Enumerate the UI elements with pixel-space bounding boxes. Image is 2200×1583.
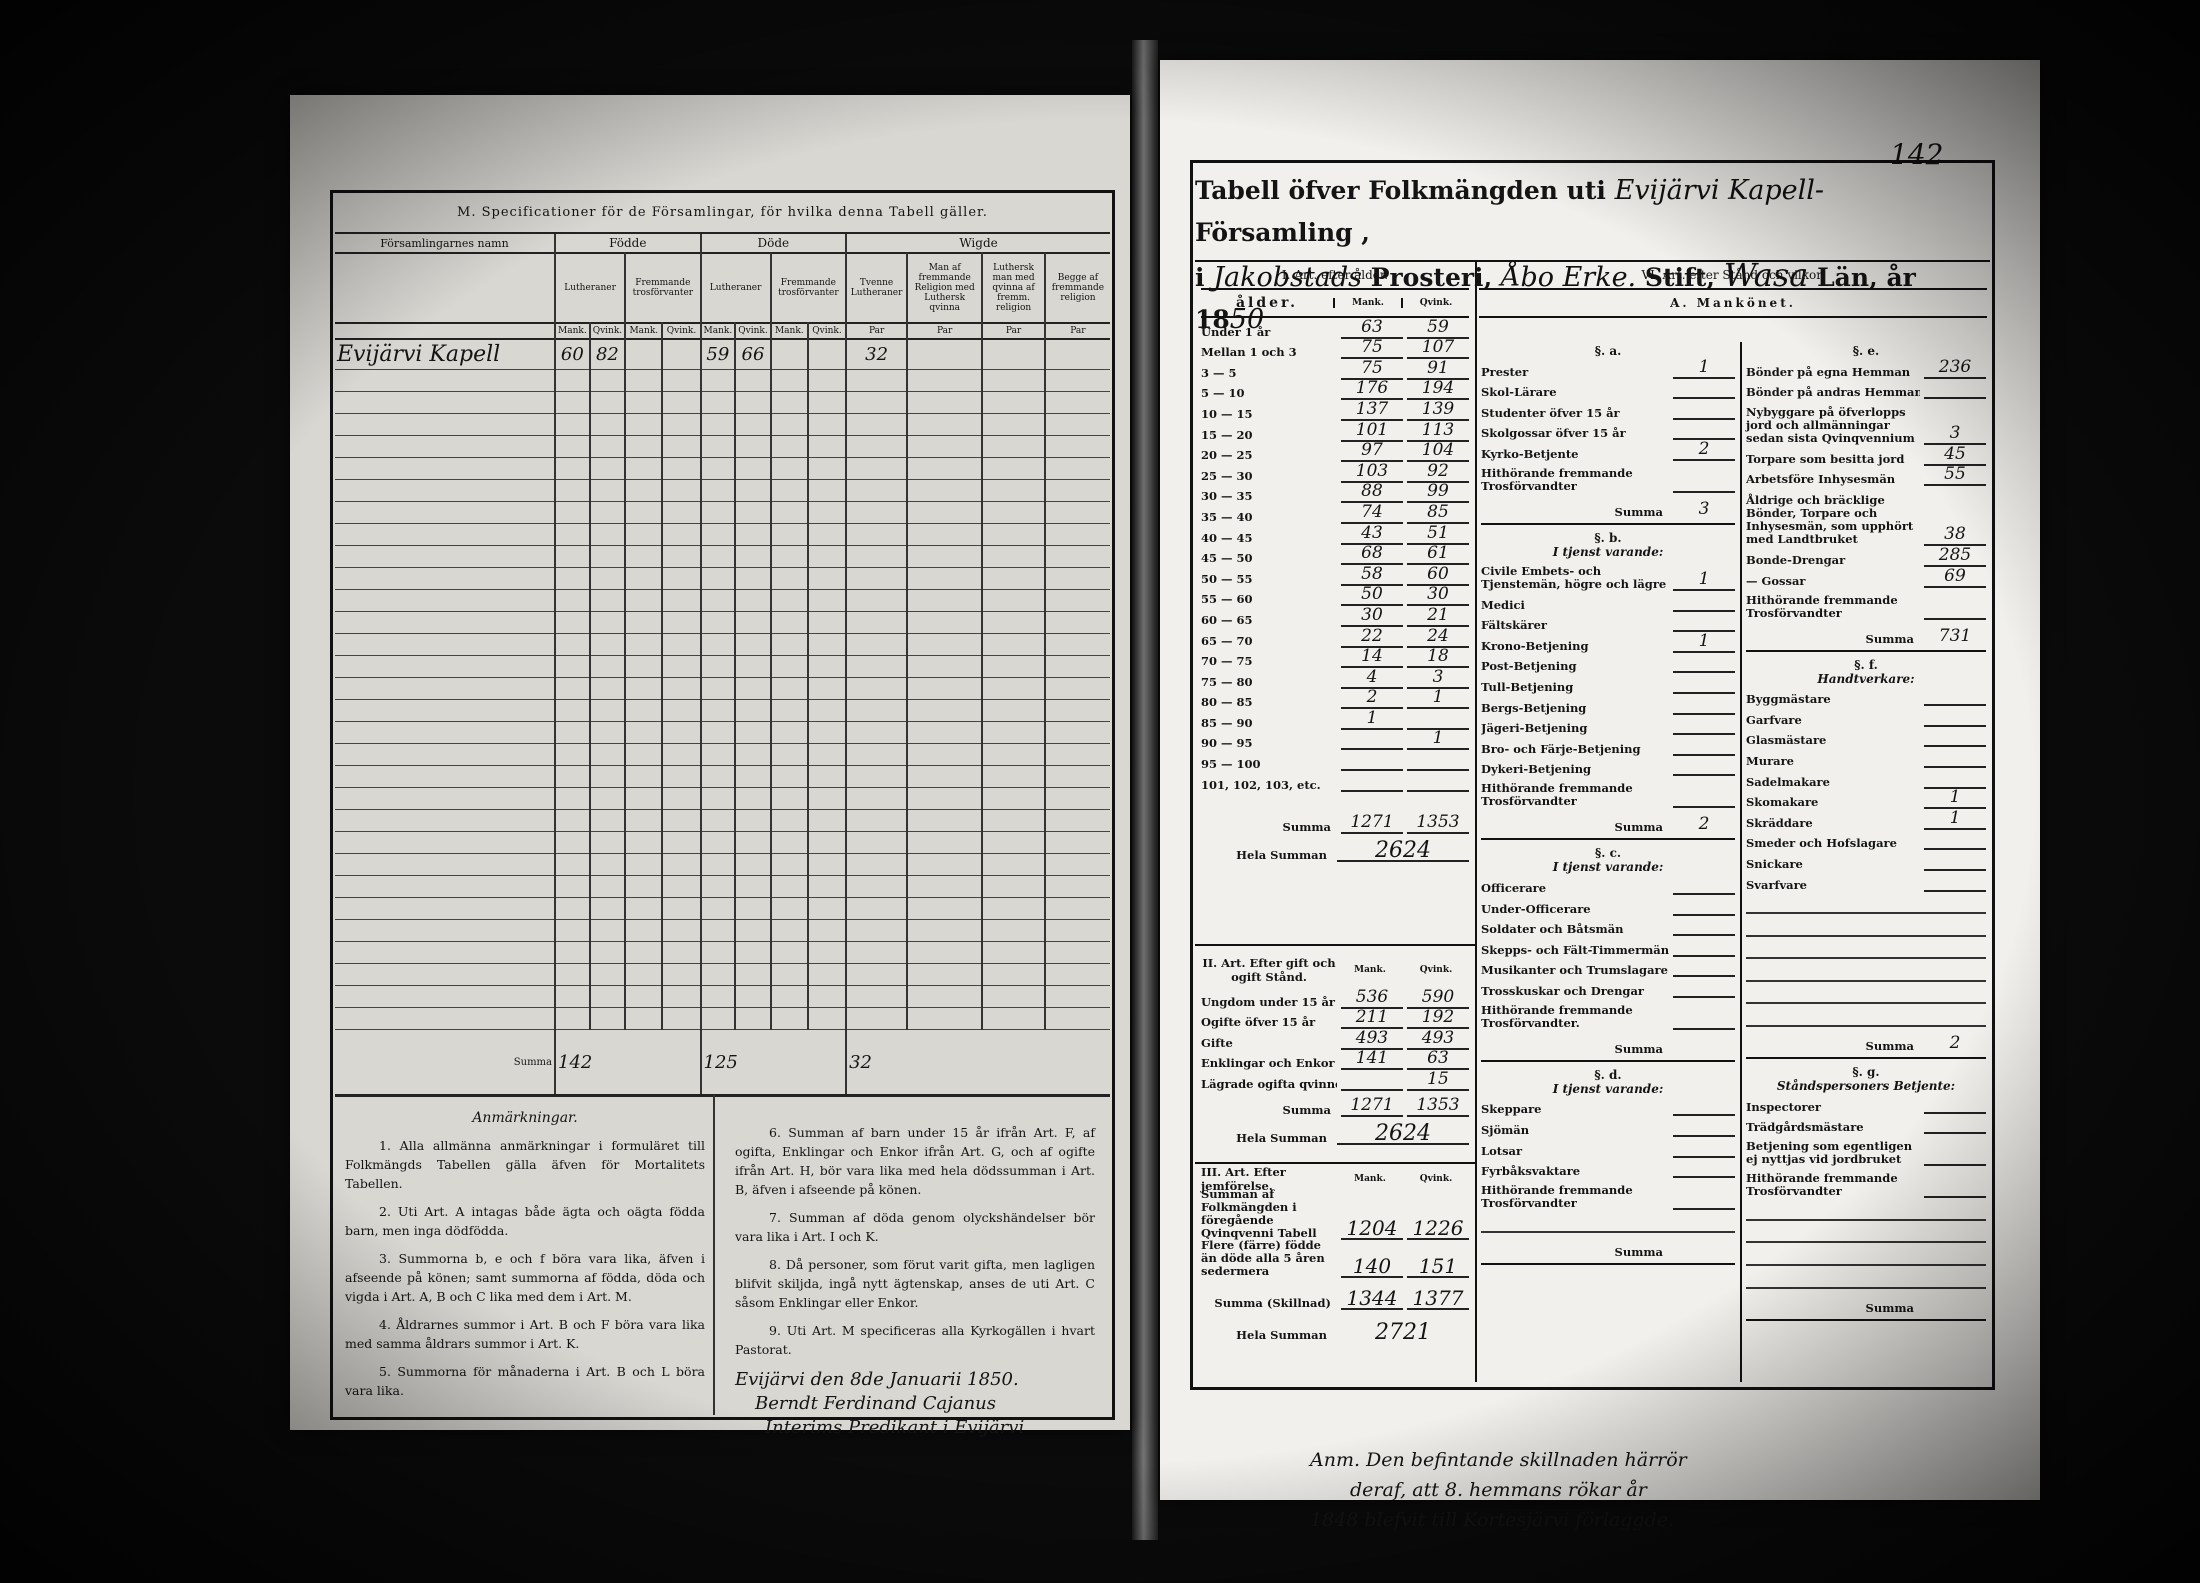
m-table-title: M. Specificationer för de Församlingar, … — [335, 195, 1110, 234]
art1-title: I. Art. efter ålder. — [1201, 268, 1469, 290]
summa-value: 3 — [1673, 500, 1735, 519]
value: 2 — [1673, 440, 1735, 461]
art3-row: Summan af Folkmängden i föregående Qvinq… — [1201, 1190, 1469, 1240]
value — [1924, 768, 1986, 789]
row-label: Sadelmakare — [1746, 775, 1920, 789]
sub-wigde-tvenne: Tvenne Lutheraner — [846, 253, 907, 323]
section-sec-c: §. c.I tjenst varande:OfficerareUnder-Of… — [1481, 846, 1735, 1062]
art3-summa-row: Summa (Skillnad) 1344 1377 — [1201, 1278, 1469, 1310]
wigde-tvenne-lutheraner: 32 — [846, 339, 907, 370]
table-row: Medici — [1481, 591, 1735, 612]
col-dode: Döde — [701, 234, 847, 253]
row-label: 60 — 65 — [1201, 613, 1337, 627]
header-line-1: Tabell öfver Folkmängden uti Evijärvi Ka… — [1195, 170, 1990, 254]
art2-hela-row: Hela Summan 2624 — [1201, 1117, 1469, 1145]
table-row: 15 — 20101113 — [1201, 421, 1469, 442]
value — [1673, 787, 1735, 808]
value-mank: 1204 — [1341, 1219, 1403, 1240]
row-label: Hithörande fremmande Trosförvandter — [1481, 782, 1669, 808]
art6-title: VI. Art. efter Stånd och vilkor. — [1479, 268, 1987, 290]
row-label: Hithörande fremmande Trosförvandter — [1746, 1172, 1920, 1198]
left-page: M. Specificationer för de Församlingar, … — [290, 95, 1130, 1430]
value-mank: 58 — [1341, 565, 1403, 586]
row-label: Skol-Lärare — [1481, 385, 1669, 399]
row-label: 90 — 95 — [1201, 736, 1337, 750]
summa-qvink: 1377 — [1407, 1289, 1469, 1310]
summa-mank: 1271 — [1341, 1096, 1403, 1117]
row-label: 40 — 45 — [1201, 531, 1337, 545]
row-label: Ogifte öfver 15 år — [1201, 1015, 1337, 1029]
table-row: Murare — [1746, 747, 1986, 768]
value: 3 — [1924, 424, 1986, 445]
dode-lutheraner-qvink: 66 — [735, 339, 770, 370]
summa-row: Summa — [1481, 1233, 1735, 1259]
summa-label: Summa — [1746, 1301, 1920, 1315]
table-row: Inspectorer — [1746, 1093, 1986, 1114]
art6-header: VI. Art. efter Stånd och vilkor. A. Mank… — [1479, 268, 1987, 318]
col-qvink: Qvink. — [1403, 965, 1469, 975]
table-row: Trädgårdsmästare — [1746, 1114, 1986, 1135]
art1-hela-row: Hela Summan 2624 — [1201, 834, 1469, 862]
value-mank: 536 — [1341, 988, 1403, 1009]
row-label: Studenter öfver 15 år — [1481, 406, 1669, 420]
art3-section: III. Art. Efter jemförelse. Mank. Qvink.… — [1201, 1168, 1469, 1342]
value — [1673, 399, 1735, 420]
row-label: Krono-Betjening — [1481, 639, 1669, 653]
unit-mank: Mank. — [701, 323, 736, 339]
table-row: Lägrade ogifta qvinnor15 — [1201, 1070, 1469, 1091]
row-label: Skeppare — [1481, 1102, 1669, 1116]
summa-label: Summa — [1481, 820, 1669, 834]
value: 69 — [1924, 567, 1986, 588]
row-label: Summan af Folkmängden i föregående Qvinq… — [1201, 1188, 1337, 1240]
value — [1924, 599, 1986, 620]
table-row: Hithörande fremmande Trosförvandter — [1481, 1178, 1735, 1210]
section-title: §. b. — [1481, 531, 1735, 545]
table-row: Officerare — [1481, 874, 1735, 895]
table-row: 25 — 3010392 — [1201, 462, 1469, 483]
table-row: 85 — 901 — [1201, 709, 1469, 730]
value-qvink: 85 — [1407, 503, 1469, 524]
col-parish-name: Församlingarnes namn — [335, 234, 555, 253]
col-mank: Mank. — [1333, 298, 1401, 308]
book-spine — [1132, 40, 1158, 1540]
summa-row: Summa — [1746, 1289, 1986, 1315]
col-qvink: Qvink. — [1403, 1174, 1469, 1184]
col-fodde: Födde — [555, 234, 701, 253]
table-row: Lotsar — [1481, 1137, 1735, 1158]
remark-line: 1848 blefvit till Kortesjärvi förlaggde. — [1310, 1505, 2010, 1535]
table-row: Skolgossar öfver 15 år — [1481, 420, 1735, 441]
row-label: Snickare — [1746, 857, 1920, 871]
hela-summan-label: Hela Summan — [1201, 1328, 1333, 1342]
blank-row — [1746, 892, 1986, 915]
row-label: 45 — 50 — [1201, 551, 1337, 565]
value — [1673, 977, 1735, 998]
value-qvink: 1 — [1407, 729, 1469, 750]
value-qvink — [1407, 709, 1469, 730]
notes-divider — [713, 1095, 715, 1415]
value-mank: 140 — [1341, 1257, 1403, 1278]
table-row: Hithörande fremmande Trosförvandter — [1746, 588, 1986, 620]
value: 55 — [1924, 465, 1986, 486]
row-label: Garfvare — [1746, 713, 1920, 727]
sub-wigde-begge: Begge af fremmande religion — [1045, 253, 1110, 323]
table-row: 5 — 10176194 — [1201, 380, 1469, 401]
row-label: Skräddare — [1746, 816, 1920, 830]
value: 285 — [1924, 546, 1986, 567]
row-label: 25 — 30 — [1201, 469, 1337, 483]
table-row: Sjömän — [1481, 1116, 1735, 1137]
note-item: 5. Summorna för månaderna i Art. B och L… — [345, 1362, 705, 1400]
value — [1924, 850, 1986, 871]
row-label: Glasmästare — [1746, 733, 1920, 747]
summa-label: Summa (Skillnad) — [1201, 1296, 1337, 1310]
signature-name: Berndt Ferdinand Cajanus — [735, 1392, 1095, 1416]
table-row: Musikanter och Trumslagare — [1481, 957, 1735, 978]
art2-title: II. Art. Efter gift och ogift Stånd. — [1201, 956, 1337, 984]
section-sec-e: §. e.Bönder på egna Hemman236Bönder på a… — [1746, 344, 1986, 652]
unit-mank: Mank. — [625, 323, 662, 339]
table-row: Studenter öfver 15 år — [1481, 399, 1735, 420]
value-mank: 1 — [1341, 709, 1403, 730]
value-mank: 75 — [1341, 338, 1403, 359]
value: 236 — [1924, 358, 1986, 379]
table-row: Trosskuskar och Drengar — [1481, 977, 1735, 998]
table-row: Arbetsföre Inhysesmän55 — [1746, 466, 1986, 487]
art3-row: Flere (färre) födde än döde alla 5 åren … — [1201, 1240, 1469, 1278]
row-label: 65 — 70 — [1201, 634, 1337, 648]
note-item: 8. Då personer, som förut varit gifta, m… — [735, 1255, 1095, 1312]
summa-row: Summa3 — [1481, 493, 1735, 519]
value-qvink: 139 — [1407, 400, 1469, 421]
table-row: 55 — 605030 — [1201, 586, 1469, 607]
value — [1673, 874, 1735, 895]
parish-name: Evijärvi Kapell — [335, 339, 555, 370]
value-qvink: 18 — [1407, 647, 1469, 668]
value — [1673, 472, 1735, 493]
art2-header: II. Art. Efter gift och ogift Stånd. Man… — [1201, 952, 1469, 988]
value — [1924, 1093, 1986, 1114]
value — [1924, 685, 1986, 706]
blank-row — [1746, 914, 1986, 937]
value-qvink: 59 — [1407, 318, 1469, 339]
value-qvink: 99 — [1407, 482, 1469, 503]
table-row: 95 — 100 — [1201, 750, 1469, 771]
summa-row: Summa2 — [1481, 808, 1735, 834]
value-mank: 43 — [1341, 524, 1403, 545]
summa-value — [1673, 1037, 1735, 1056]
value-qvink: 107 — [1407, 338, 1469, 359]
value-qvink: 104 — [1407, 441, 1469, 462]
table-row: Krono-Betjening1 — [1481, 632, 1735, 653]
summa-mank: 1271 — [1341, 813, 1403, 834]
row-label: Svarfvare — [1746, 878, 1920, 892]
wigde-luthersk-man — [982, 339, 1045, 370]
unit-par: Par — [846, 323, 907, 339]
row-label: Trädgårdsmästare — [1746, 1120, 1920, 1134]
value-mank: 211 — [1341, 1008, 1403, 1029]
value-mank: 14 — [1341, 647, 1403, 668]
value: 1 — [1673, 358, 1735, 379]
table-row: Skepps- och Fält-Timmermän — [1481, 936, 1735, 957]
unit-par: Par — [1045, 323, 1110, 339]
col-mank: Mank. — [1337, 1174, 1403, 1184]
row-label: Skomakare — [1746, 795, 1920, 809]
section-subtitle: I tjenst varande: — [1481, 1082, 1735, 1096]
row-label: Sjömän — [1481, 1123, 1669, 1137]
table-row: Soldater och Båtsmän — [1481, 916, 1735, 937]
table-row: — Gossar69 — [1746, 567, 1986, 588]
summa-dode: 125 — [701, 1030, 847, 1096]
table-row: Glasmästare — [1746, 727, 1986, 748]
art2-summa-row: Summa 1271 1353 — [1201, 1091, 1469, 1117]
section-subtitle: Ståndspersoners Betjente: — [1746, 1079, 1986, 1093]
unit-qvink: Qvink. — [735, 323, 770, 339]
table-row: 40 — 454351 — [1201, 524, 1469, 545]
table-row: 35 — 407485 — [1201, 503, 1469, 524]
summa-label: Summa — [335, 1030, 555, 1096]
row-label: Officerare — [1481, 881, 1669, 895]
value — [1673, 1095, 1735, 1116]
blank-row — [1746, 937, 1986, 960]
row-label: Under 1 år — [1201, 325, 1337, 339]
value-mank: 88 — [1341, 482, 1403, 503]
row-label: Ungdom under 15 år — [1201, 995, 1337, 1009]
summa-label: Summa — [1481, 1245, 1669, 1259]
table-row: 65 — 702224 — [1201, 627, 1469, 648]
table-row: Hithörande fremmande Trosförvandter — [1481, 461, 1735, 493]
value-qvink: 91 — [1407, 359, 1469, 380]
unit-qvink: Qvink. — [662, 323, 700, 339]
value: 1 — [1924, 788, 1986, 809]
row-label: 55 — 60 — [1201, 592, 1337, 606]
value-mank: 493 — [1341, 1029, 1403, 1050]
row-label: Skepps- och Fält-Timmermän — [1481, 943, 1669, 957]
note-item: 9. Uti Art. M specificeras alla Kyrkogäl… — [735, 1321, 1095, 1359]
value — [1924, 829, 1986, 850]
table-row: Nybyggare på öfverlopps jord och allmänn… — [1746, 399, 1986, 445]
value — [1673, 1009, 1735, 1030]
section-sec-d: §. d.I tjenst varande:SkeppareSjömänLots… — [1481, 1068, 1735, 1265]
value — [1673, 673, 1735, 694]
value-qvink: 92 — [1407, 462, 1469, 483]
note-item: 1. Alla allmänna anmärkningar i formulär… — [345, 1136, 705, 1193]
art6-right-column: §. e.Bönder på egna Hemman236Bönder på a… — [1746, 344, 1986, 1327]
header-text: Tabell öfver Folkmängden uti — [1195, 176, 1606, 205]
row-label: Flere (färre) födde än döde alla 5 åren … — [1201, 1239, 1337, 1278]
table-row: 60 — 653021 — [1201, 606, 1469, 627]
row-label: 80 — 85 — [1201, 695, 1337, 709]
table-row: Betjening som egentligen ej nyttjas vid … — [1746, 1134, 1986, 1166]
col-qvink: Qvink. — [1401, 298, 1469, 308]
value — [1924, 726, 1986, 747]
row-label: 35 — 40 — [1201, 510, 1337, 524]
section-sec-a: §. a.Prester1Skol-LärareStudenter öfver … — [1481, 344, 1735, 525]
value-qvink — [1407, 750, 1469, 771]
header-text: Församling , — [1195, 218, 1370, 247]
table-body: I. Art. efter ålder. ålder. Mank. Qvink.… — [1195, 260, 1990, 1382]
fodde-lutheraner-qvink: 82 — [590, 339, 625, 370]
table-row: Kyrko-Betjente2 — [1481, 440, 1735, 461]
table-row: Bonde-Drengar285 — [1746, 546, 1986, 567]
divider — [1475, 262, 1477, 1382]
row-label: Bro- och Färje-Betjening — [1481, 742, 1669, 756]
row-label: Fältskärer — [1481, 618, 1669, 632]
summa-label: Summa — [1201, 820, 1337, 834]
table-row: Under 1 år6359 — [1201, 318, 1469, 339]
value-qvink: 51 — [1407, 524, 1469, 545]
table-row: Garfvare — [1746, 706, 1986, 727]
row-label: Hithörande fremmande Trosförvandter. — [1481, 1004, 1669, 1030]
row-label: 85 — 90 — [1201, 716, 1337, 730]
value — [1673, 895, 1735, 916]
divider — [1195, 1162, 1475, 1164]
blank-row — [1746, 1221, 1986, 1244]
value-mank: 137 — [1341, 400, 1403, 421]
section-title: §. f. — [1746, 658, 1986, 672]
summa-mank: 1344 — [1341, 1289, 1403, 1310]
table-row: Post-Betjening — [1481, 653, 1735, 674]
summa-row: Summa — [1481, 1030, 1735, 1056]
value: 1 — [1924, 809, 1986, 830]
col-alder: ålder. — [1201, 295, 1333, 311]
value: 1 — [1673, 570, 1735, 591]
value — [1673, 735, 1735, 756]
row-label: Trosskuskar och Drengar — [1481, 984, 1669, 998]
value-mank — [1341, 750, 1403, 771]
value — [1673, 714, 1735, 735]
divider — [1195, 944, 1475, 946]
art1-summa-row: Summa 1271 1353 — [1201, 808, 1469, 834]
table-row: Bönder på andras Hemman — [1746, 379, 1986, 400]
section-title: §. g. — [1746, 1065, 1986, 1079]
row-label: 3 — 5 — [1201, 366, 1337, 380]
value-qvink — [1407, 771, 1469, 792]
table-row: Mellan 1 och 375107 — [1201, 339, 1469, 360]
value-qvink: 1 — [1407, 688, 1469, 709]
table-row: 50 — 555860 — [1201, 565, 1469, 586]
row-label: Åldrige och bräcklige Bönder, Torpare oc… — [1746, 494, 1920, 546]
value-qvink: 590 — [1407, 988, 1469, 1009]
row-label: 5 — 10 — [1201, 386, 1337, 400]
value-mank — [1341, 771, 1403, 792]
sub-fodde-lutheraner: Lutheraner — [555, 253, 625, 323]
table-row: 3 — 57591 — [1201, 359, 1469, 380]
row-label: 95 — 100 — [1201, 757, 1337, 771]
value-mank: 4 — [1341, 668, 1403, 689]
table-row: Åldrige och bräcklige Bönder, Torpare oc… — [1746, 486, 1986, 546]
value — [1673, 1137, 1735, 1158]
table-row: Torpare som besitta jord45 — [1746, 445, 1986, 466]
blank-row — [1746, 959, 1986, 982]
signature-date: Evijärvi den 8de Januarii 1850. — [735, 1368, 1095, 1392]
row-label: Hithörande fremmande Trosförvandter — [1481, 1184, 1669, 1210]
value-qvink: 151 — [1407, 1257, 1469, 1278]
art1-section: I. Art. efter ålder. ålder. Mank. Qvink.… — [1201, 268, 1469, 862]
art6-left-column: §. a.Prester1Skol-LärareStudenter öfver … — [1481, 344, 1735, 1271]
row-label: Mellan 1 och 3 — [1201, 345, 1337, 359]
blank-row — [1746, 1266, 1986, 1289]
value: 1 — [1673, 632, 1735, 653]
sub-dode-fremmande: Fremmande trosförvanter — [771, 253, 846, 323]
value-mank: 103 — [1341, 462, 1403, 483]
specification-table-m: M. Specificationer för de Församlingar, … — [335, 195, 1110, 1097]
section-title: §. c. — [1481, 846, 1735, 860]
row-label: Soldater och Båtsmän — [1481, 922, 1669, 936]
dode-fremmande-qvink — [808, 339, 846, 370]
wigde-begge — [1045, 339, 1110, 370]
unit-par: Par — [907, 323, 982, 339]
value-qvink: 493 — [1407, 1029, 1469, 1050]
note-item: 7. Summan af döda genom olyckshändelser … — [735, 1208, 1095, 1246]
table-row: Fyrbåksvaktare — [1481, 1158, 1735, 1179]
divider — [1740, 342, 1742, 1382]
value — [1673, 1157, 1735, 1178]
summa-qvink: 1353 — [1407, 1096, 1469, 1117]
value — [1673, 591, 1735, 612]
row-label: Betjening som egentligen ej nyttjas vid … — [1746, 1140, 1920, 1166]
table-row: Svarfvare — [1746, 871, 1986, 892]
table-row: Enklingar och Enkor14163 — [1201, 1050, 1469, 1071]
summa-label: Summa — [1746, 632, 1920, 646]
blank-row — [1481, 1210, 1735, 1233]
row-label: 70 — 75 — [1201, 654, 1337, 668]
value-mank: 50 — [1341, 585, 1403, 606]
table-row: 80 — 8521 — [1201, 689, 1469, 710]
value-mank: 97 — [1341, 441, 1403, 462]
summa-row: Summa 142 125 32 — [335, 1030, 1110, 1096]
header-parish: Evijärvi Kapell- — [1615, 175, 1824, 206]
value-qvink: 1226 — [1407, 1219, 1469, 1240]
table-row: 75 — 8043 — [1201, 668, 1469, 689]
row-label: Medici — [1481, 598, 1669, 612]
value-qvink: 3 — [1407, 668, 1469, 689]
section-title: §. e. — [1746, 344, 1986, 358]
value — [1673, 419, 1735, 440]
row-label: 30 — 35 — [1201, 489, 1337, 503]
hela-summan-label: Hela Summan — [1201, 1131, 1333, 1145]
value-mank: 30 — [1341, 606, 1403, 627]
dode-fremmande-mank — [771, 339, 808, 370]
table-row: 45 — 506861 — [1201, 545, 1469, 566]
table-row: Skeppare — [1481, 1096, 1735, 1117]
row-label: Tull-Betjening — [1481, 680, 1669, 694]
value-mank: 22 — [1341, 627, 1403, 648]
value — [1924, 1113, 1986, 1134]
table-row: Skomakare1 — [1746, 789, 1986, 810]
value-qvink: 15 — [1407, 1070, 1469, 1091]
summa-value: 731 — [1924, 627, 1986, 646]
value-qvink: 21 — [1407, 606, 1469, 627]
value-mank: 75 — [1341, 359, 1403, 380]
unit-par: Par — [982, 323, 1045, 339]
row-label: Hithörande fremmande Trosförvandter — [1481, 467, 1669, 493]
unit-mank: Mank. — [771, 323, 808, 339]
row-label: 75 — 80 — [1201, 675, 1337, 689]
col-wigde: Wigde — [846, 234, 1110, 253]
value-qvink: 61 — [1407, 544, 1469, 565]
summa-value — [1924, 1296, 1986, 1315]
col-mank: Mank. — [1337, 965, 1403, 975]
unit-qvink: Qvink. — [808, 323, 846, 339]
art1-rows: Under 1 år6359Mellan 1 och 3751073 — 575… — [1201, 318, 1469, 792]
handwritten-remark: Anm. Den befintande skillnaden härrör de… — [1310, 1445, 2010, 1535]
value — [1924, 871, 1986, 892]
row-label: 101, 102, 103, etc. — [1201, 778, 1337, 792]
hela-summan-value: 2721 — [1337, 1323, 1469, 1342]
summa-qvink: 1353 — [1407, 813, 1469, 834]
